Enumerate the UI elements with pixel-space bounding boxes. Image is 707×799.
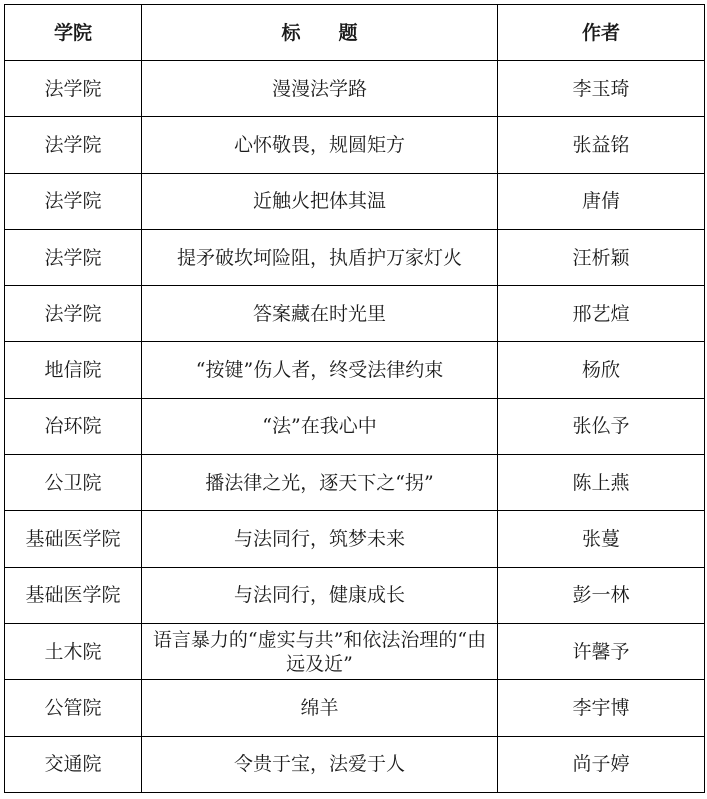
cell-title: 语言暴力的“虚实与共”和依法治理的“由远及近”: [142, 623, 498, 679]
table-row: 基础医学院 与法同行，筑梦未来 张蔓: [5, 511, 705, 567]
table-row: 冶环院 “法”在我心中 张仫予: [5, 398, 705, 454]
cell-college: 公管院: [5, 680, 142, 736]
cell-author: 邢艺煊: [498, 286, 705, 342]
cell-college: 公卫院: [5, 455, 142, 511]
cell-title: 令贵于宝，法爱于人: [142, 736, 498, 792]
cell-college: 冶环院: [5, 398, 142, 454]
cell-author: 汪析颖: [498, 229, 705, 285]
cell-college: 交通院: [5, 736, 142, 792]
cell-author: 唐倩: [498, 173, 705, 229]
cell-title: 近触火把体其温: [142, 173, 498, 229]
table-row: 土木院 语言暴力的“虚实与共”和依法治理的“由远及近” 许馨予: [5, 623, 705, 679]
cell-college: 基础医学院: [5, 567, 142, 623]
table-row: 公管院 绵羊 李宇博: [5, 680, 705, 736]
header-title: 标 题: [142, 5, 498, 61]
table-row: 法学院 提矛破坎坷险阻，执盾护万家灯火 汪析颖: [5, 229, 705, 285]
cell-title: 与法同行，筑梦未来: [142, 511, 498, 567]
cell-author: 尚子婷: [498, 736, 705, 792]
cell-author: 李宇博: [498, 680, 705, 736]
cell-author: 李玉琦: [498, 61, 705, 117]
cell-college: 法学院: [5, 117, 142, 173]
cell-title: 心怀敬畏，规圆矩方: [142, 117, 498, 173]
cell-college: 法学院: [5, 173, 142, 229]
cell-college: 基础医学院: [5, 511, 142, 567]
cell-title: 与法同行，健康成长: [142, 567, 498, 623]
essay-list-table: 学院 标 题 作者 法学院 漫漫法学路 李玉琦 法学院 心怀敬畏，规圆矩方 张益…: [4, 4, 705, 793]
cell-college: 地信院: [5, 342, 142, 398]
table-row: 法学院 心怀敬畏，规圆矩方 张益铭: [5, 117, 705, 173]
header-author: 作者: [498, 5, 705, 61]
cell-title: “按键”伤人者，终受法律约束: [142, 342, 498, 398]
cell-college: 土木院: [5, 623, 142, 679]
cell-author: 彭一林: [498, 567, 705, 623]
cell-title: 答案藏在时光里: [142, 286, 498, 342]
cell-author: 陈上燕: [498, 455, 705, 511]
header-college: 学院: [5, 5, 142, 61]
cell-title: 漫漫法学路: [142, 61, 498, 117]
cell-college: 法学院: [5, 286, 142, 342]
table-row: 基础医学院 与法同行，健康成长 彭一林: [5, 567, 705, 623]
cell-college: 法学院: [5, 229, 142, 285]
table-row: 地信院 “按键”伤人者，终受法律约束 杨欣: [5, 342, 705, 398]
table-row: 公卫院 播法律之光，逐天下之“拐” 陈上燕: [5, 455, 705, 511]
table-row: 交通院 令贵于宝，法爱于人 尚子婷: [5, 736, 705, 792]
table-header-row: 学院 标 题 作者: [5, 5, 705, 61]
table-row: 法学院 近触火把体其温 唐倩: [5, 173, 705, 229]
cell-author: 张仫予: [498, 398, 705, 454]
cell-title: 提矛破坎坷险阻，执盾护万家灯火: [142, 229, 498, 285]
cell-title: “法”在我心中: [142, 398, 498, 454]
cell-author: 许馨予: [498, 623, 705, 679]
table-row: 法学院 漫漫法学路 李玉琦: [5, 61, 705, 117]
cell-author: 杨欣: [498, 342, 705, 398]
table-row: 法学院 答案藏在时光里 邢艺煊: [5, 286, 705, 342]
cell-author: 张益铭: [498, 117, 705, 173]
cell-college: 法学院: [5, 61, 142, 117]
cell-title: 绵羊: [142, 680, 498, 736]
cell-title: 播法律之光，逐天下之“拐”: [142, 455, 498, 511]
cell-author: 张蔓: [498, 511, 705, 567]
